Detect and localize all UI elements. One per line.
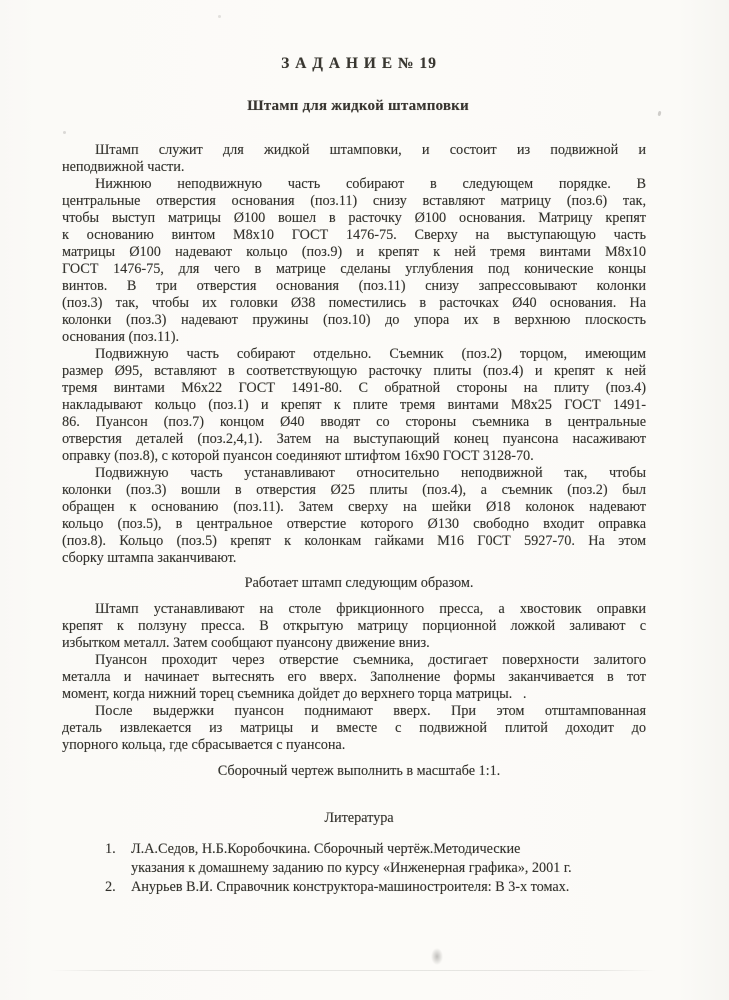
document-page: З А Д А Н И Е № 19 Штамп для жидкой штам… [0, 0, 729, 1000]
paragraph: Штамп устанавливают на столе фрикционног… [62, 601, 646, 652]
text-line: отверстия деталей (поз.2,4,1). Затем на … [62, 431, 646, 448]
task-title: З А Д А Н И Е № 19 [62, 54, 646, 73]
text-line: деталь извлекается из матрицы и вместе с… [62, 720, 646, 737]
text-line: 86. Пуансон (поз.7) концом Ø40 вводят со… [62, 414, 646, 431]
paragraph: После выдержки пуансон поднимают вверх. … [62, 703, 646, 754]
list-item: 2.Анурьев В.И. Справочник конструктора-м… [105, 878, 646, 897]
scan-speck [218, 15, 221, 18]
text-line: крепят к ползуну пресса. В открытую матр… [62, 618, 646, 635]
text-line: упорного кольца, где сбрасывается с пуан… [62, 737, 646, 754]
text-line: Нижнюю неподвижную часть собирают в след… [62, 176, 646, 193]
text-line: винтов. В три отверстия основания (поз.1… [62, 278, 646, 295]
text-line: металла и начинает вытеснять его вверх. … [62, 669, 646, 686]
scan-speck [63, 131, 66, 134]
paragraph: Пуансон проходит через отверстие съемник… [62, 652, 646, 703]
text-line: Штамп устанавливают на столе фрикционног… [62, 601, 646, 618]
text-line: сборку штампа заканчивают. [62, 550, 646, 567]
text-line: тремя винтами М6х22 ГОСТ 1491-80. С обра… [62, 380, 646, 397]
scan-speck [657, 111, 661, 117]
text-line: Л.А.Седов, Н.Б.Коробочкина. Сборочный че… [131, 840, 646, 859]
list-item-text: Анурьев В.И. Справочник конструктора-маш… [131, 878, 646, 897]
text-line: избытком металл. Затем сообщают пуансону… [62, 635, 646, 652]
text-line: момент, когда нижний торец съемника дойд… [62, 686, 646, 703]
text-line: неподвижной части. [62, 159, 646, 176]
scan-smudge [431, 948, 443, 965]
text-line: указания к домашнему заданию по курсу «И… [131, 859, 646, 878]
text-line: накладывают кольцо (поз.1) и крепят к пл… [62, 397, 646, 414]
document-content: З А Д А Н И Е № 19 Штамп для жидкой штам… [62, 54, 646, 897]
text-line: Штамп служит для жидкой штамповки, и сос… [62, 142, 646, 159]
centered-line: Работает штамп следующим образом. [62, 575, 646, 592]
text-line: Подвижную часть собирают отдельно. Съемн… [62, 346, 646, 363]
text-line: Анурьев В.И. Справочник конструктора-маш… [131, 878, 646, 897]
text-line: чтобы выступ матрицы Ø100 вошел в расточ… [62, 210, 646, 227]
text-line: Пуансон проходит через отверстие съемник… [62, 652, 646, 669]
text-line: (поз.8). Кольцо (поз.5) крепят к колонка… [62, 533, 646, 550]
document-subtitle: Штамп для жидкой штамповки [62, 97, 646, 115]
text-line: кольцо (поз.5), в центральное отверстие … [62, 516, 646, 533]
text-line: После выдержки пуансон поднимают вверх. … [62, 703, 646, 720]
text-line: к основанию винтом М8х10 ГОСТ 1476-75. С… [62, 227, 646, 244]
paragraph: Штамп служит для жидкой штамповки, и сос… [62, 142, 646, 176]
list-item: 1.Л.А.Седов, Н.Б.Коробочкина. Сборочный … [105, 840, 646, 878]
text-line: размер Ø95, вставляют в соответствующую … [62, 363, 646, 380]
text-line: оправку (поз.8), с которой пуансон соеди… [62, 448, 646, 465]
document-body: Штамп служит для жидкой штамповки, и сос… [62, 142, 646, 897]
text-line: колонки (поз.3) надевают пружины (поз.10… [62, 312, 646, 329]
text-line: (поз.3) так, чтобы их головки Ø38 помест… [62, 295, 646, 312]
text-line: ГОСТ 1476-75, для чего в матрице сделаны… [62, 261, 646, 278]
paragraph: Нижнюю неподвижную часть собирают в след… [62, 176, 646, 346]
paragraph: Подвижную часть собирают отдельно. Съемн… [62, 346, 646, 465]
centered-line: Сборочный чертеж выполнить в масштабе 1:… [62, 763, 646, 780]
text-line: матрицы Ø100 надевают кольцо (поз.9) и к… [62, 244, 646, 261]
text-line: центральные отверстия основания (поз.11)… [62, 193, 646, 210]
list-item-text: Л.А.Седов, Н.Б.Коробочкина. Сборочный че… [131, 840, 646, 878]
text-line: основания (поз.11). [62, 329, 646, 346]
text-line: обращен к основанию (поз.11). Затем свер… [62, 499, 646, 516]
paragraph: Подвижную часть устанавливают относитель… [62, 465, 646, 567]
list-number: 2. [105, 878, 131, 897]
text-line: Подвижную часть устанавливают относитель… [62, 465, 646, 482]
literature-list: 1.Л.А.Седов, Н.Б.Коробочкина. Сборочный … [62, 840, 646, 897]
scan-line-artifact [50, 970, 656, 971]
centered-line: Литература [62, 810, 646, 827]
text-line: колонки (поз.3) вошли в отверстия Ø25 пл… [62, 482, 646, 499]
list-number: 1. [105, 840, 131, 878]
